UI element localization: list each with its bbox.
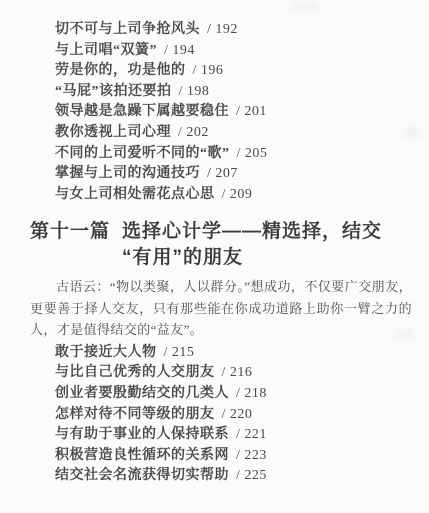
toc-entry-title: 结交社会名流获得切实帮助 (55, 468, 229, 483)
toc-entry-separator: / (236, 448, 240, 463)
toc-entry-title: 劳是你的，功是他的 (55, 63, 186, 78)
toc-entry-separator: / (207, 22, 211, 37)
toc-entry-title: 教你透视上司心理 (55, 125, 171, 140)
toc-entry: 与比自己优秀的人交朋友/216 (55, 363, 429, 384)
toc-entry-separator: / (236, 427, 240, 442)
toc-entry-page-number: 192 (215, 22, 238, 37)
section-number-label: 第十一篇 (30, 219, 110, 245)
toc-entry: 与女上司相处需花点心思/209 (55, 185, 429, 206)
toc-entry-title: 敢于接近大人物 (55, 345, 157, 360)
toc-entry-separator: / (222, 407, 226, 422)
section-title-line1: 选择心计学——精选择，结交 (122, 221, 382, 242)
toc-entry-page-number: 223 (244, 448, 267, 463)
toc-entry-title: 与上司唱“双簧” (55, 43, 157, 58)
toc-entry-title: 与女上司相处需花点心思 (55, 187, 215, 202)
toc-entry-separator: / (222, 365, 226, 380)
book-toc-page: 切不可与上司争抢风头/192与上司唱“双簧”/194劳是你的，功是他的/196“… (0, 0, 429, 513)
toc-list-lower: 敢于接近大人物/215与比自己优秀的人交朋友/216创业者要殷勤结交的几类人/2… (0, 341, 429, 487)
toc-entry: 创业者要殷勤结交的几类人/218 (55, 384, 429, 405)
toc-entry-separator: / (164, 345, 168, 360)
toc-entry-page-number: 202 (186, 125, 209, 140)
toc-entry-page-number: 196 (201, 63, 224, 78)
toc-entry: 教你透视上司心理/202 (55, 123, 429, 144)
toc-entry-separator: / (164, 43, 168, 58)
section-intro-paragraph: 古语云：“物以类聚，人以群分。”想成功，不仅要广交朋友，更要善于择人交友，只有那… (30, 276, 412, 341)
toc-entry-title: 创业者要殷勤结交的几类人 (55, 386, 229, 401)
toc-entry-title: 怎样对待不同等级的朋友 (55, 407, 215, 422)
section-heading: 第十一篇 选择心计学——精选择，结交 “有用”的朋友 (30, 219, 429, 271)
toc-entry: 积极营造良性循环的关系网/223 (55, 446, 429, 467)
toc-entry-page-number: 216 (230, 365, 253, 380)
toc-entry: 领导越是急躁下属越要稳住/201 (55, 102, 429, 123)
toc-entry-title: 掌握与上司的沟通技巧 (55, 166, 200, 181)
toc-entry-separator: / (237, 146, 241, 161)
section-title: 选择心计学——精选择，结交 “有用”的朋友 (122, 219, 382, 271)
toc-entry-title: 领导越是急躁下属越要稳住 (55, 104, 229, 119)
toc-entry-title: “马屁”该拍还要拍 (55, 84, 172, 99)
toc-entry-page-number: 198 (187, 84, 210, 99)
toc-entry-page-number: 194 (172, 43, 195, 58)
toc-entry: 结交社会名流获得切实帮助/225 (55, 466, 429, 487)
toc-entry-title: 与比自己优秀的人交朋友 (55, 365, 215, 380)
toc-entry-title: 切不可与上司争抢风头 (55, 22, 200, 37)
toc-entry-title: 不同的上司爱听不同的“歌” (55, 146, 230, 161)
toc-entry: 劳是你的，功是他的/196 (55, 61, 429, 82)
toc-entry-page-number: 207 (215, 166, 238, 181)
toc-entry: “马屁”该拍还要拍/198 (55, 82, 429, 103)
toc-entry-page-number: 225 (244, 468, 267, 483)
toc-entry-separator: / (222, 187, 226, 202)
toc-entry-page-number: 220 (230, 407, 253, 422)
toc-entry-title: 积极营造良性循环的关系网 (55, 448, 229, 463)
toc-entry-separator: / (236, 468, 240, 483)
toc-entry-page-number: 209 (230, 187, 253, 202)
toc-entry: 掌握与上司的沟通技巧/207 (55, 164, 429, 185)
toc-entry: 与有助于事业的人保持联系/221 (55, 425, 429, 446)
toc-entry-page-number: 221 (244, 427, 267, 442)
toc-entry: 敢于接近大人物/215 (55, 343, 429, 364)
toc-entry-page-number: 218 (244, 386, 267, 401)
toc-entry-separator: / (178, 125, 182, 140)
toc-entry-page-number: 201 (244, 104, 267, 119)
toc-entry-page-number: 215 (172, 345, 195, 360)
toc-entry-separator: / (236, 104, 240, 119)
toc-entry-separator: / (207, 166, 211, 181)
toc-entry: 怎样对待不同等级的朋友/220 (55, 405, 429, 426)
toc-entry-separator: / (236, 386, 240, 401)
toc-entry-separator: / (179, 84, 183, 99)
toc-entry-title: 与有助于事业的人保持联系 (55, 427, 229, 442)
toc-entry: 切不可与上司争抢风头/192 (55, 20, 429, 41)
toc-list-upper: 切不可与上司争抢风头/192与上司唱“双簧”/194劳是你的，功是他的/196“… (0, 0, 429, 205)
section-title-line2: “有用”的朋友 (122, 247, 243, 268)
toc-entry-separator: / (193, 63, 197, 78)
toc-entry: 不同的上司爱听不同的“歌”/205 (55, 144, 429, 165)
toc-entry: 与上司唱“双簧”/194 (55, 41, 429, 62)
toc-entry-page-number: 205 (245, 146, 268, 161)
